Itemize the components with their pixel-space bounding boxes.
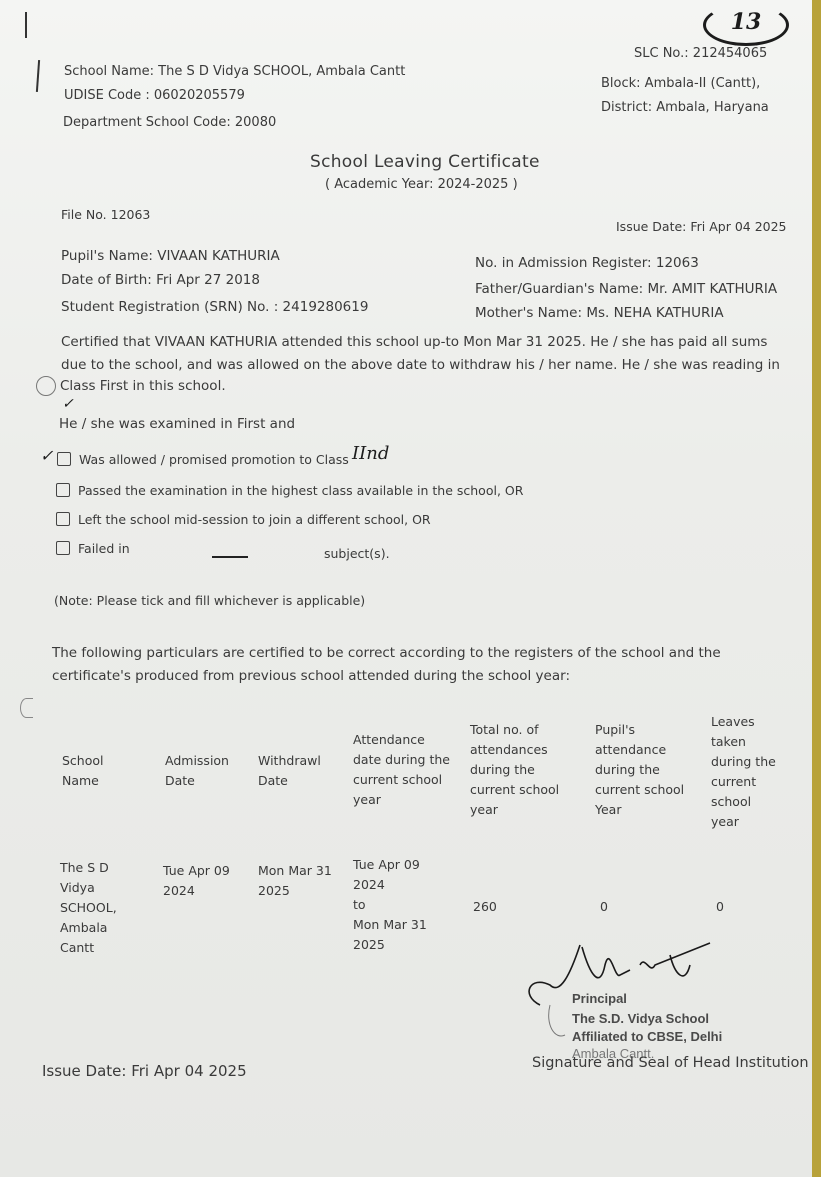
admission-register-number: No. in Admission Register: 12063	[475, 255, 699, 271]
column-header: Pupil'sattendanceduring thecurrent schoo…	[595, 720, 684, 820]
date-of-birth: Date of Birth: Fri Apr 27 2018	[61, 272, 260, 288]
margin-mark	[36, 60, 40, 92]
seal-line: The S.D. Vidya School	[572, 1010, 709, 1027]
handwritten-dash	[212, 556, 248, 558]
district: District: Ambala, Haryana	[601, 100, 769, 115]
option-left-mid-session[interactable]: Left the school mid-session to join a di…	[56, 512, 431, 527]
column-header: WithdrawlDate	[258, 751, 321, 791]
checkbox-icon[interactable]	[57, 452, 71, 466]
checkbox-icon[interactable]	[56, 512, 70, 526]
option-passed-highest[interactable]: Passed the examination in the highest cl…	[56, 483, 523, 498]
table-cell: The S DVidyaSCHOOL,AmbalaCantt	[60, 858, 117, 958]
handwritten-promotion-class: IInd	[352, 443, 389, 464]
particulars-intro-line-2: certificate's produced from previous sch…	[52, 668, 570, 684]
margin-mark	[25, 12, 27, 38]
table-cell: 260	[473, 897, 497, 917]
punch-hole-mark	[36, 376, 56, 396]
certification-line-3: Class First in this school.	[60, 378, 226, 394]
tick-mark-icon: ✓	[62, 396, 74, 412]
udise-code: UDISE Code : 06020205579	[64, 88, 245, 103]
block: Block: Ambala-II (Cantt),	[601, 76, 760, 91]
certificate-title: School Leaving Certificate	[310, 152, 540, 172]
option-failed[interactable]: Failed in	[56, 541, 130, 556]
particulars-intro-line-1: The following particulars are certified …	[52, 645, 721, 661]
tick-mark-icon: ✓	[40, 446, 53, 465]
column-header: Leavestakenduring thecurrentschoolyear	[711, 712, 776, 832]
school-name: School Name: The S D Vidya SCHOOL, Ambal…	[64, 64, 405, 79]
note: (Note: Please tick and fill whichever is…	[54, 593, 365, 608]
certificate-page: 13 SLC No.: 212454065 School Name: The S…	[0, 0, 812, 1177]
table-cell: 0	[600, 897, 608, 917]
column-header: Attendancedate during thecurrent schooly…	[353, 730, 450, 810]
column-header: Total no. ofattendancesduring thecurrent…	[470, 720, 559, 820]
issue-date-top: Issue Date: Fri Apr 04 2025	[616, 219, 787, 234]
srn-number: Student Registration (SRN) No. : 2419280…	[61, 299, 368, 315]
file-number: File No. 12063	[61, 207, 150, 222]
failed-subjects-suffix: subject(s).	[324, 546, 390, 561]
seal-line: Principal	[572, 990, 627, 1007]
slc-number: SLC No.: 212454065	[634, 46, 767, 61]
checkbox-icon[interactable]	[56, 483, 70, 497]
signature-caption: Signature and Seal of Head Institution	[532, 1055, 809, 1071]
table-cell: Tue Apr 092024toMon Mar 312025	[353, 855, 427, 955]
department-code: Department School Code: 20080	[63, 115, 276, 130]
issue-date-bottom: Issue Date: Fri Apr 04 2025	[42, 1062, 247, 1080]
punch-hole-mark	[20, 698, 33, 718]
handwritten-page-number: 13	[703, 4, 789, 46]
option-promotion[interactable]: Was allowed / promised promotion to Clas…	[57, 452, 349, 467]
checkbox-icon[interactable]	[56, 541, 70, 555]
father-name: Father/Guardian's Name: Mr. AMIT KATHURI…	[475, 281, 777, 297]
mother-name: Mother's Name: Ms. NEHA KATHURIA	[475, 305, 724, 321]
examined-statement: He / she was examined in First and	[59, 416, 295, 432]
seal-line: Affiliated to CBSE, Delhi	[572, 1028, 722, 1045]
column-header: AdmissionDate	[165, 751, 229, 791]
table-cell: Mon Mar 312025	[258, 861, 332, 901]
certification-line-1: Certified that VIVAAN KATHURIA attended …	[61, 334, 767, 350]
certification-line-2: due to the school, and was allowed on th…	[61, 357, 780, 373]
pupil-name: Pupil's Name: VIVAAN KATHURIA	[61, 248, 280, 264]
table-cell: 0	[716, 897, 724, 917]
table-cell: Tue Apr 092024	[163, 861, 230, 901]
column-header: SchoolName	[62, 751, 104, 791]
academic-year: ( Academic Year: 2024-2025 )	[325, 177, 518, 192]
